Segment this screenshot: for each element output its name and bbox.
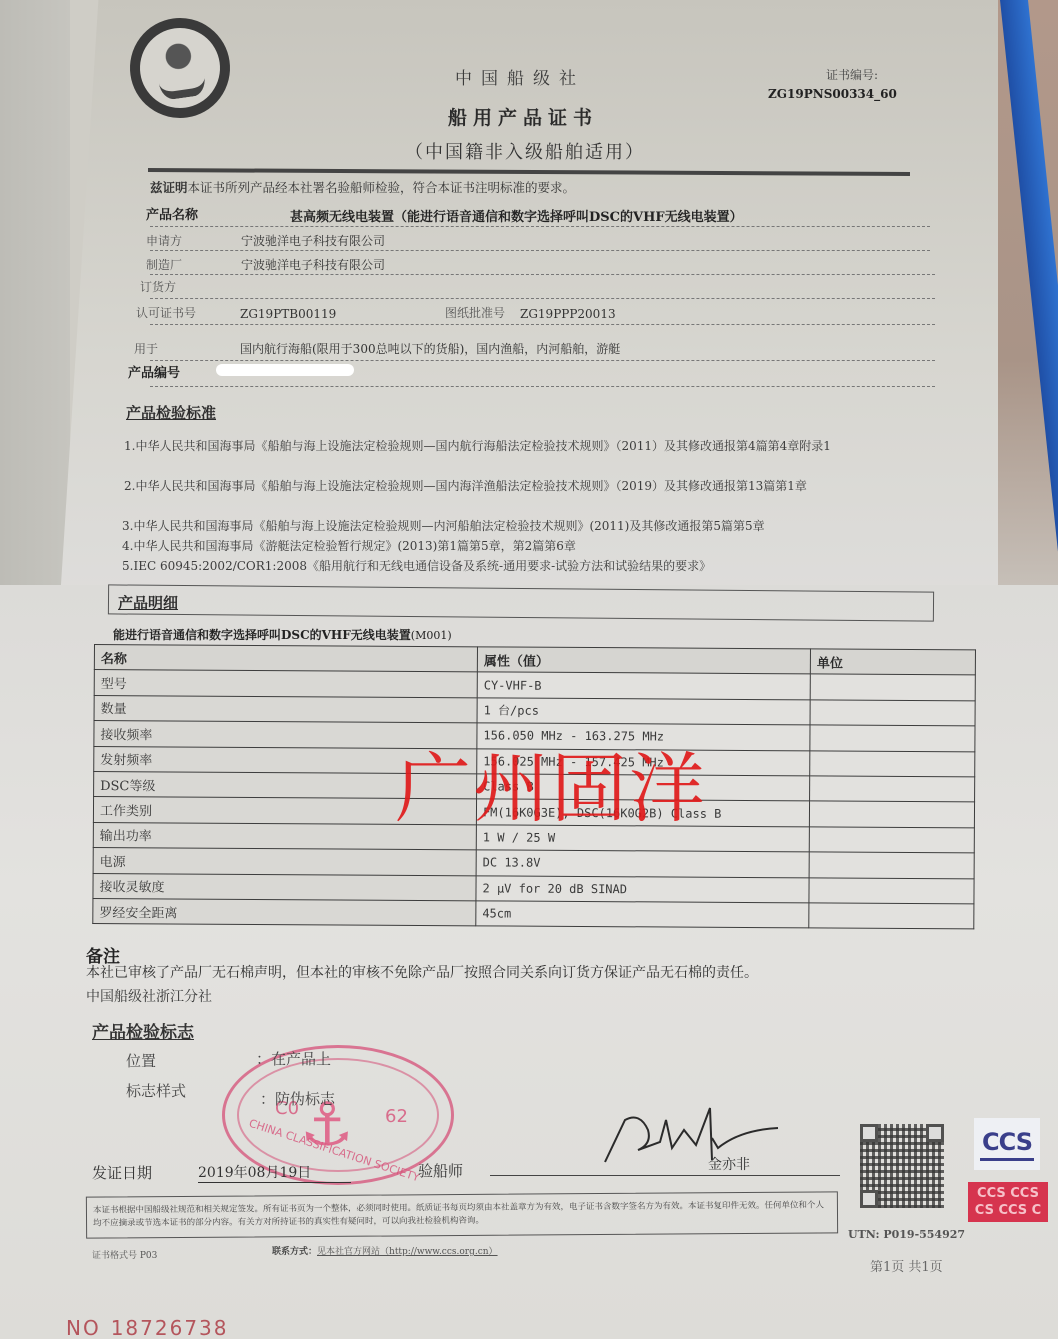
- spec-title-text: 能进行语音通信和数字选择呼叫DSC的VHF无线电装置: [113, 628, 411, 642]
- dotted-rule: [150, 274, 935, 275]
- cell-unit: [810, 725, 975, 751]
- field-value: 宁波驰洋电子科技有限公司: [241, 232, 385, 249]
- statement-text: 本证书所列产品经本社署名验船师检验，符合本证书注明标准的要求。: [188, 180, 576, 195]
- cell-value: 45cm: [476, 901, 809, 928]
- field-label: 图纸批准号: [445, 304, 520, 321]
- dotted-rule: [150, 360, 935, 361]
- details-heading: 产品明细: [118, 592, 178, 613]
- spec-title: 能进行语音通信和数字选择呼叫DSC的VHF无线电装置(M001): [113, 626, 452, 643]
- ccs-logo-text: CCS: [982, 1128, 1032, 1156]
- legal-notice: 本证书根据中国船级社规范和相关规定签发。所有证书页为一个整体，必须同时使用。纸质…: [86, 1191, 838, 1238]
- field-orderer: 订货方: [140, 278, 235, 295]
- cell-unit: [809, 801, 974, 827]
- cell-name: 接收灵敏度: [93, 873, 476, 901]
- standard-item: 2.中华人民共和国海事局《船舶与海上设施法定检验规则—国内海洋渔船法定检验技术规…: [124, 478, 914, 494]
- certificate-title: 船用产品证书: [448, 103, 598, 130]
- cell-value: CY-VHF-B: [477, 672, 810, 699]
- field-applicant: 申请方 宁波驰洋电子科技有限公司: [146, 232, 385, 249]
- cell-value: 2 μV for 20 dB SINAD: [476, 875, 809, 902]
- field-manufacturer: 制造厂 宁波驰洋电子科技有限公司: [146, 256, 385, 273]
- utn-number: UTN: P019-554927: [848, 1228, 965, 1241]
- dotted-rule: [150, 250, 930, 251]
- serial-number: NO18726738: [66, 1316, 229, 1339]
- cell-unit: [810, 674, 975, 700]
- field-usage: 用于 国内航行海船(限用于300总吨以下的货船)，国内渔船，内河船舶，游艇: [134, 340, 620, 357]
- product-name-value: 甚高频无线电装置（能进行语音通信和数字选择呼叫DSC的VHF无线电装置）: [290, 206, 743, 225]
- issue-date-label: 发证日期: [92, 1162, 152, 1183]
- certification-statement: 兹证明本证书所列产品经本社署名验船师检验，符合本证书注明标准的要求。: [150, 178, 575, 196]
- field-label: 产品名称: [146, 204, 241, 223]
- position-value: ：在产品上: [256, 1048, 331, 1069]
- background-shadow: [0, 0, 70, 600]
- cell-unit: [810, 700, 975, 726]
- signature-line: [490, 1175, 840, 1176]
- dotted-rule: [150, 386, 935, 387]
- qr-code[interactable]: [860, 1124, 944, 1208]
- seal-right-code: 62: [385, 1106, 408, 1127]
- standards-heading: 产品检验标准: [126, 402, 216, 423]
- dotted-rule: [150, 226, 930, 227]
- format-number: 证书格式号 P03: [92, 1248, 157, 1261]
- cell-unit: [810, 776, 975, 802]
- field-approval-no: 认可证书号 ZG19PTB00119 图纸批准号 ZG19PPP20013: [136, 304, 616, 321]
- field-value: ZG19PPP20013: [520, 307, 616, 321]
- statement-lead: 兹证明: [150, 180, 188, 195]
- contact-label: 联系方式：: [272, 1247, 317, 1257]
- field-label: 认可证书号: [136, 304, 240, 321]
- cell-unit: [809, 827, 974, 853]
- cert-number: ZG19PNS00334_60: [768, 87, 897, 101]
- cert-number-label: 证书编号:: [826, 66, 878, 83]
- cell-value: DC 13.8V: [476, 850, 809, 877]
- contact-info: 联系方式：见本社官方网站（http://www.ccs.org.cn）: [272, 1244, 498, 1257]
- ccs-logo-icon: CCS: [974, 1118, 1040, 1170]
- cell-name: 数量: [94, 695, 477, 723]
- field-label: 用于: [134, 340, 240, 357]
- cell-value: 1 台/pcs: [477, 698, 810, 725]
- issuing-branch: 中国船级社浙江分社: [86, 986, 212, 1006]
- field-label: 制造厂: [146, 256, 241, 273]
- column-header: 属性（值）: [477, 647, 810, 674]
- watermark-text: 广州固洋: [395, 728, 707, 837]
- cell-unit: [809, 852, 974, 878]
- cell-name: 电源: [93, 848, 476, 876]
- society-name: 中国船级社: [455, 64, 585, 89]
- standard-item: 3.中华人民共和国海事局《船舶与海上设施法定检验规则—内河船舶法定检验技术规则》…: [122, 518, 932, 534]
- spec-code: (M001): [411, 629, 452, 642]
- cell-unit: [809, 903, 974, 929]
- cell-unit: [809, 877, 974, 903]
- field-value: 国内航行海船(限用于300总吨以下的货船)，国内渔船，内河船舶，游艇: [240, 340, 620, 357]
- hologram-sticker: CCS CCS CS CCS C: [968, 1182, 1048, 1222]
- standard-item: 4.中华人民共和国海事局《游艇法定检验暂行规定》(2013)第1篇第5章，第2篇…: [122, 538, 576, 554]
- surveyor-name: 金亦非: [708, 1154, 750, 1174]
- table-row: 罗经安全距离45cm: [93, 898, 974, 929]
- signature: [600, 1100, 780, 1170]
- dotted-rule: [150, 298, 935, 299]
- standard-item: 1.中华人民共和国海事局《船舶与海上设施法定检验规则—国内航行海船法定检验技术规…: [124, 438, 924, 454]
- field-value: ZG19PTB00119: [240, 307, 445, 321]
- page-info: 第1页 共1页: [870, 1256, 943, 1275]
- field-label: 申请方: [146, 232, 241, 249]
- cell-unit: [810, 750, 975, 776]
- field-product-name: 产品名称: [146, 204, 241, 223]
- issue-date: 2019年08月19日: [198, 1162, 351, 1183]
- field-label: 订货方: [140, 278, 235, 295]
- standard-item: 5.IEC 60945:2002/COR1:2008《船用航行和无线电通信设备及…: [122, 558, 711, 574]
- contact-link[interactable]: 见本社官方网站（http://www.ccs.org.cn）: [317, 1247, 498, 1257]
- redaction-bar: [216, 364, 354, 376]
- cell-name: 型号: [94, 670, 477, 698]
- serial-prefix: NO: [66, 1316, 101, 1339]
- style-label: 标志样式: [126, 1080, 186, 1101]
- serial-value: 18726738: [111, 1316, 229, 1339]
- column-header: 名称: [94, 645, 477, 673]
- surveyor-label: 验船师: [418, 1160, 463, 1181]
- certificate-subtitle: （中国籍非入级船舶适用）: [405, 138, 645, 164]
- dotted-rule: [150, 324, 935, 325]
- position-label: 位置: [126, 1050, 156, 1071]
- field-value: 宁波驰洋电子科技有限公司: [241, 256, 385, 273]
- column-header: 单位: [810, 649, 975, 675]
- field-product-no: 产品编号: [128, 362, 223, 381]
- field-label: 产品编号: [128, 362, 223, 381]
- remarks-text: 本社已审核了产品厂无石棉声明，但本社的审核不免除产品厂按照合同关系向订货方保证产…: [86, 962, 758, 982]
- style-value: ：防伪标志: [260, 1088, 335, 1109]
- cell-name: 罗经安全距离: [93, 898, 476, 926]
- marking-heading: 产品检验标志: [92, 1018, 194, 1043]
